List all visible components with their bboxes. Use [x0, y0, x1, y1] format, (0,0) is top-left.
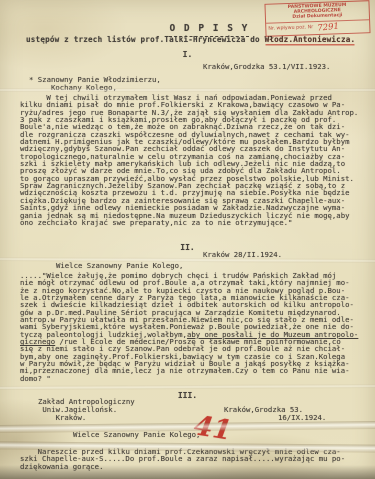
letter2-greeting: Wielce Szanowny Panie Kolego,	[56, 262, 183, 270]
doc-subtitle: ustępów z trzech listów prof.Talki-Hrync…	[26, 35, 355, 44]
letter1-dateline: Kraków,Grodzka 53.1/VII.1923.	[203, 63, 330, 71]
letter2-body-before: ....."Wielce żałuję,że pomimo dobrych ch…	[20, 271, 354, 339]
section-ii-numeral: II.	[0, 243, 375, 252]
handwritten-page-number: 41	[192, 410, 234, 446]
section-i-numeral: I.	[0, 50, 375, 59]
letter1-body: W tej chwili otrzymałem list Wasz i nań …	[20, 94, 372, 226]
letter3-greeting: Wielce Szanowny Panie Kolego,	[73, 431, 200, 439]
doc-subtitle-lead: ustępów z trzech listów prof.Talki-Hrync…	[26, 35, 265, 44]
letter2-dateline: Kraków 28/II.1924.	[203, 251, 282, 259]
paper-crease	[0, 384, 375, 390]
paper: PAŃSTWOWE MUZEUM ARCHEOLOGICZNE Dział Do…	[0, 0, 375, 479]
letter3-date: 16/IX.1924.	[278, 414, 326, 422]
letter1-greeting: * Szanowny Panie Włodzimierzu, Kochany K…	[29, 76, 161, 92]
letter2-body: ....."Wielce żałuję,że pomimo dobrych ch…	[20, 272, 372, 382]
letter3-body: Nareszcie przed kilku dniami prof.Czekan…	[20, 448, 372, 470]
letter2-body-after: /rue l Ecole de médecine/Proszę o łaskaw…	[20, 337, 349, 383]
doc-subtitle-marked: Włodz.Antoniewicza.	[265, 35, 356, 44]
letter3-sender-address: Zakład Antropologiczny Uniw.Jagiellońsk.…	[38, 398, 135, 422]
scanned-letter-page: PAŃSTWOWE MUZEUM ARCHEOLOGICZNE Dział Do…	[0, 0, 375, 479]
